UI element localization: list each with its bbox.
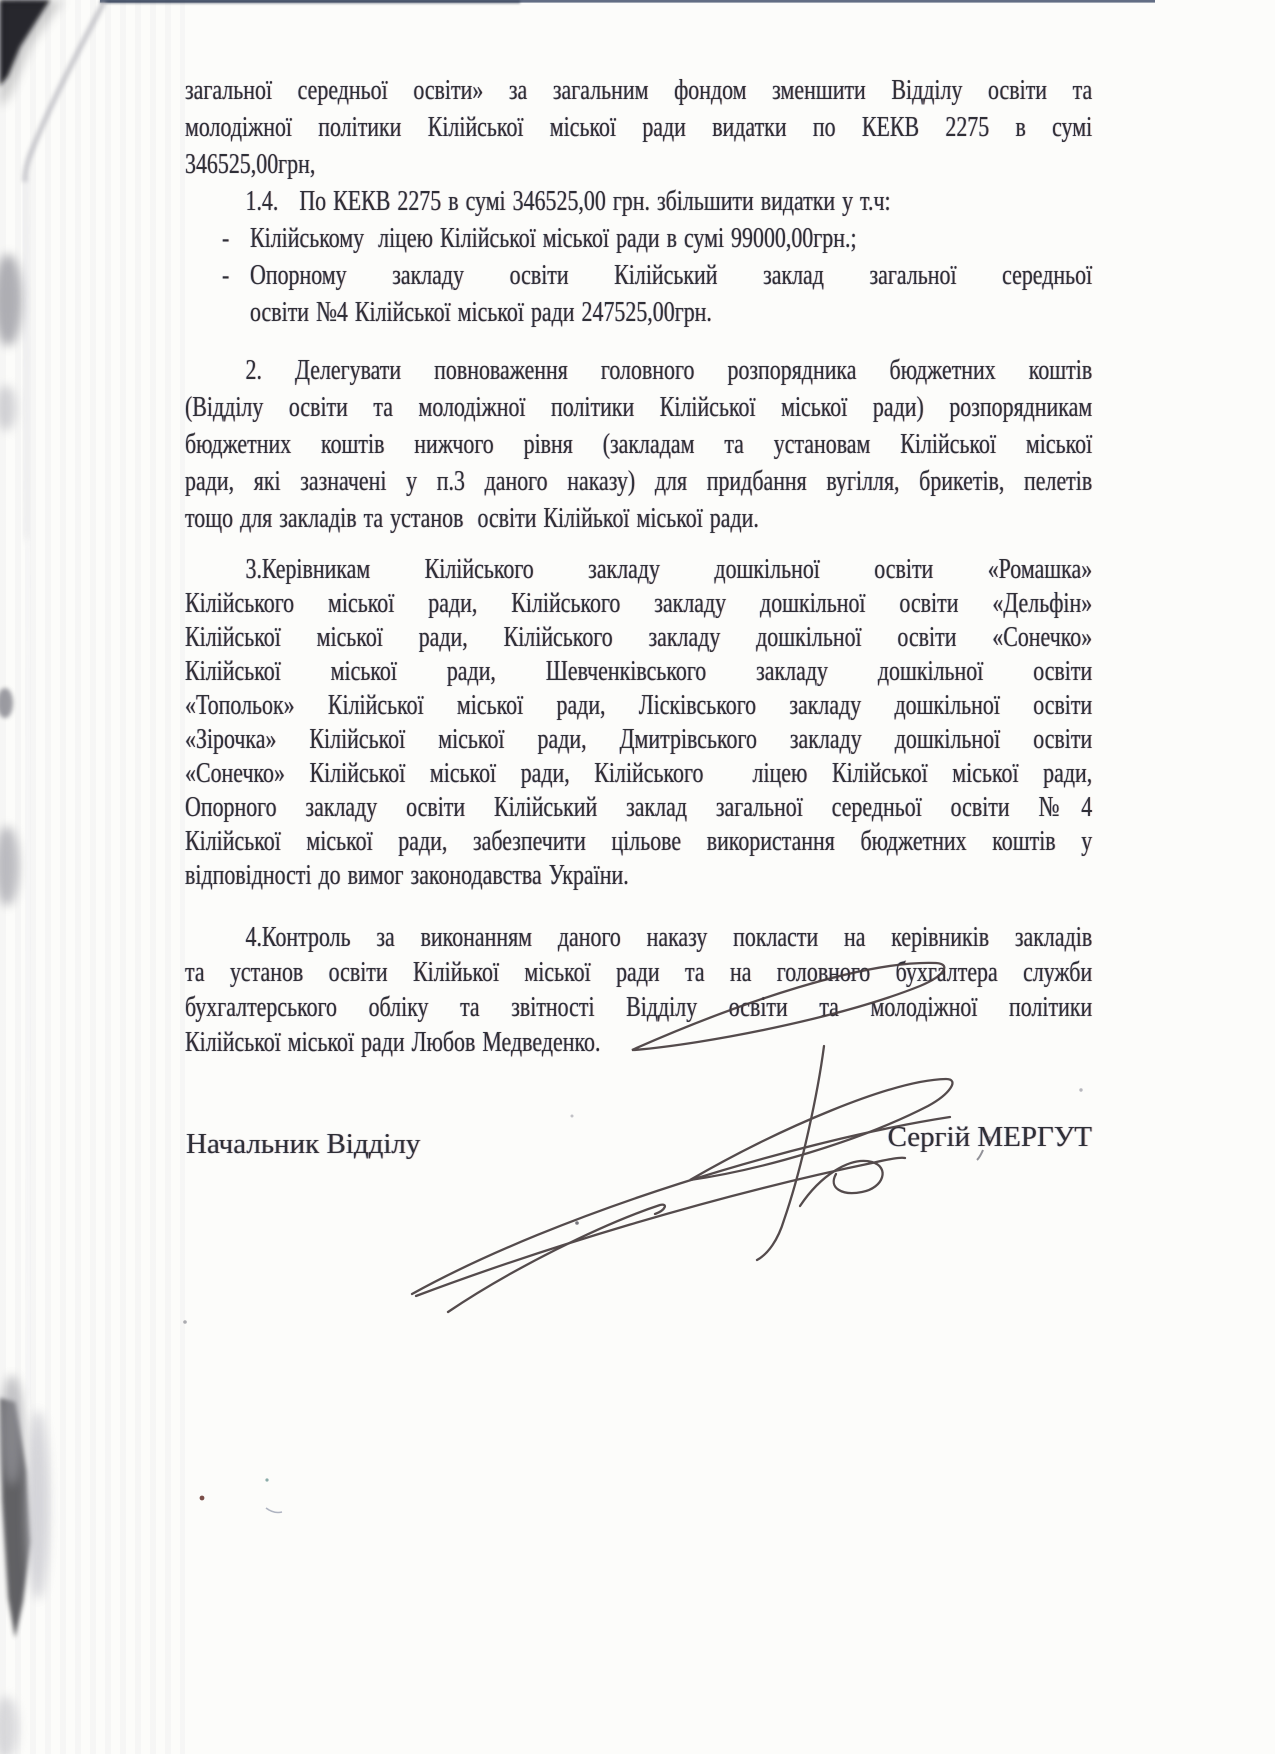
text-line: Кілійського міської ради, Кілійського за… — [185, 586, 1092, 620]
text-line: молодіжної політики Кілійської міської р… — [185, 109, 1092, 146]
text-line: освіти №4 Кілійської міської ради 247525… — [185, 294, 1092, 331]
bullet-text: Кілійському ліцею Кілійської міської рад… — [250, 220, 1092, 257]
bullet-text: Опорному закладу освіти Кілійський закла… — [250, 257, 1092, 294]
paragraph-continuation: загальної середньої освіти» за загальним… — [185, 72, 1092, 331]
paragraph-item-2: 2. Делегувати повноваження головного роз… — [185, 352, 1092, 537]
text-line: відповідності до вимог законодавства Укр… — [185, 858, 1092, 892]
scanned-document-page: { "colors": { "paper": "#fcfcfa", "ink":… — [0, 0, 1275, 1754]
text-line: бюджетних коштів нижчого рівня (закладам… — [185, 426, 1092, 463]
text-line: та установ освіти Кілійької міської ради… — [185, 955, 1092, 990]
text-line: 4.Контроль за виконанням даного наказу п… — [185, 920, 1092, 955]
signatory-title: Начальник Відділу — [186, 1128, 420, 1161]
text-line: (Відділу освіти та молодіжної політики К… — [185, 389, 1092, 426]
paper-texture — [0, 0, 185, 1754]
document-text-block: загальної середньої освіти» за загальним… — [185, 0, 1092, 1120]
text-line: 3.Керівникам Кілійського закладу дошкіль… — [185, 552, 1092, 586]
text-line: тощо для закладів та установ освіти Кілі… — [185, 500, 1092, 537]
text-line: загальної середньої освіти» за загальним… — [185, 72, 1092, 109]
text-line: 1.4. По КЕКВ 2275 в сумі 346525,00 грн. … — [185, 183, 1092, 220]
text-line: «Сонечко» Кілійської міської ради, Кілій… — [185, 756, 1092, 790]
text-line: Кілійської міської ради, Кілійського зак… — [185, 620, 1092, 654]
list-dash: - — [222, 257, 229, 294]
signatory-name: Сергій МЕРГУТ — [888, 1121, 1092, 1154]
text-line: Кілійської міської ради, Шевченківського… — [185, 654, 1092, 688]
text-line: Кілійської міської ради, забезпечити ціл… — [185, 824, 1092, 858]
text-line: Опорного закладу освіти Кілійський закла… — [185, 790, 1092, 824]
paragraph-item-3: 3.Керівникам Кілійського закладу дошкіль… — [185, 552, 1092, 892]
text-line: «Топольок» Кілійської міської ради, Ліск… — [185, 688, 1092, 722]
text-line: 2. Делегувати повноваження головного роз… — [185, 352, 1092, 389]
text-line: Кілійської міської ради Любов Медведенко… — [185, 1025, 1092, 1060]
paragraph-item-4: 4.Контроль за виконанням даного наказу п… — [185, 920, 1092, 1060]
text-line: -Кілійському ліцею Кілійської міської ра… — [185, 220, 1092, 257]
text-line: бухгалтерського обліку та звітності Відд… — [185, 990, 1092, 1025]
list-dash: - — [222, 220, 229, 257]
text-line: -Опорному закладу освіти Кілійський закл… — [185, 257, 1092, 294]
text-line: ради, які зазначені у п.3 даного наказу)… — [185, 463, 1092, 500]
text-line: 346525,00грн, — [185, 146, 1092, 183]
text-line: «Зірочка» Кілійської міської ради, Дмитр… — [185, 722, 1092, 756]
